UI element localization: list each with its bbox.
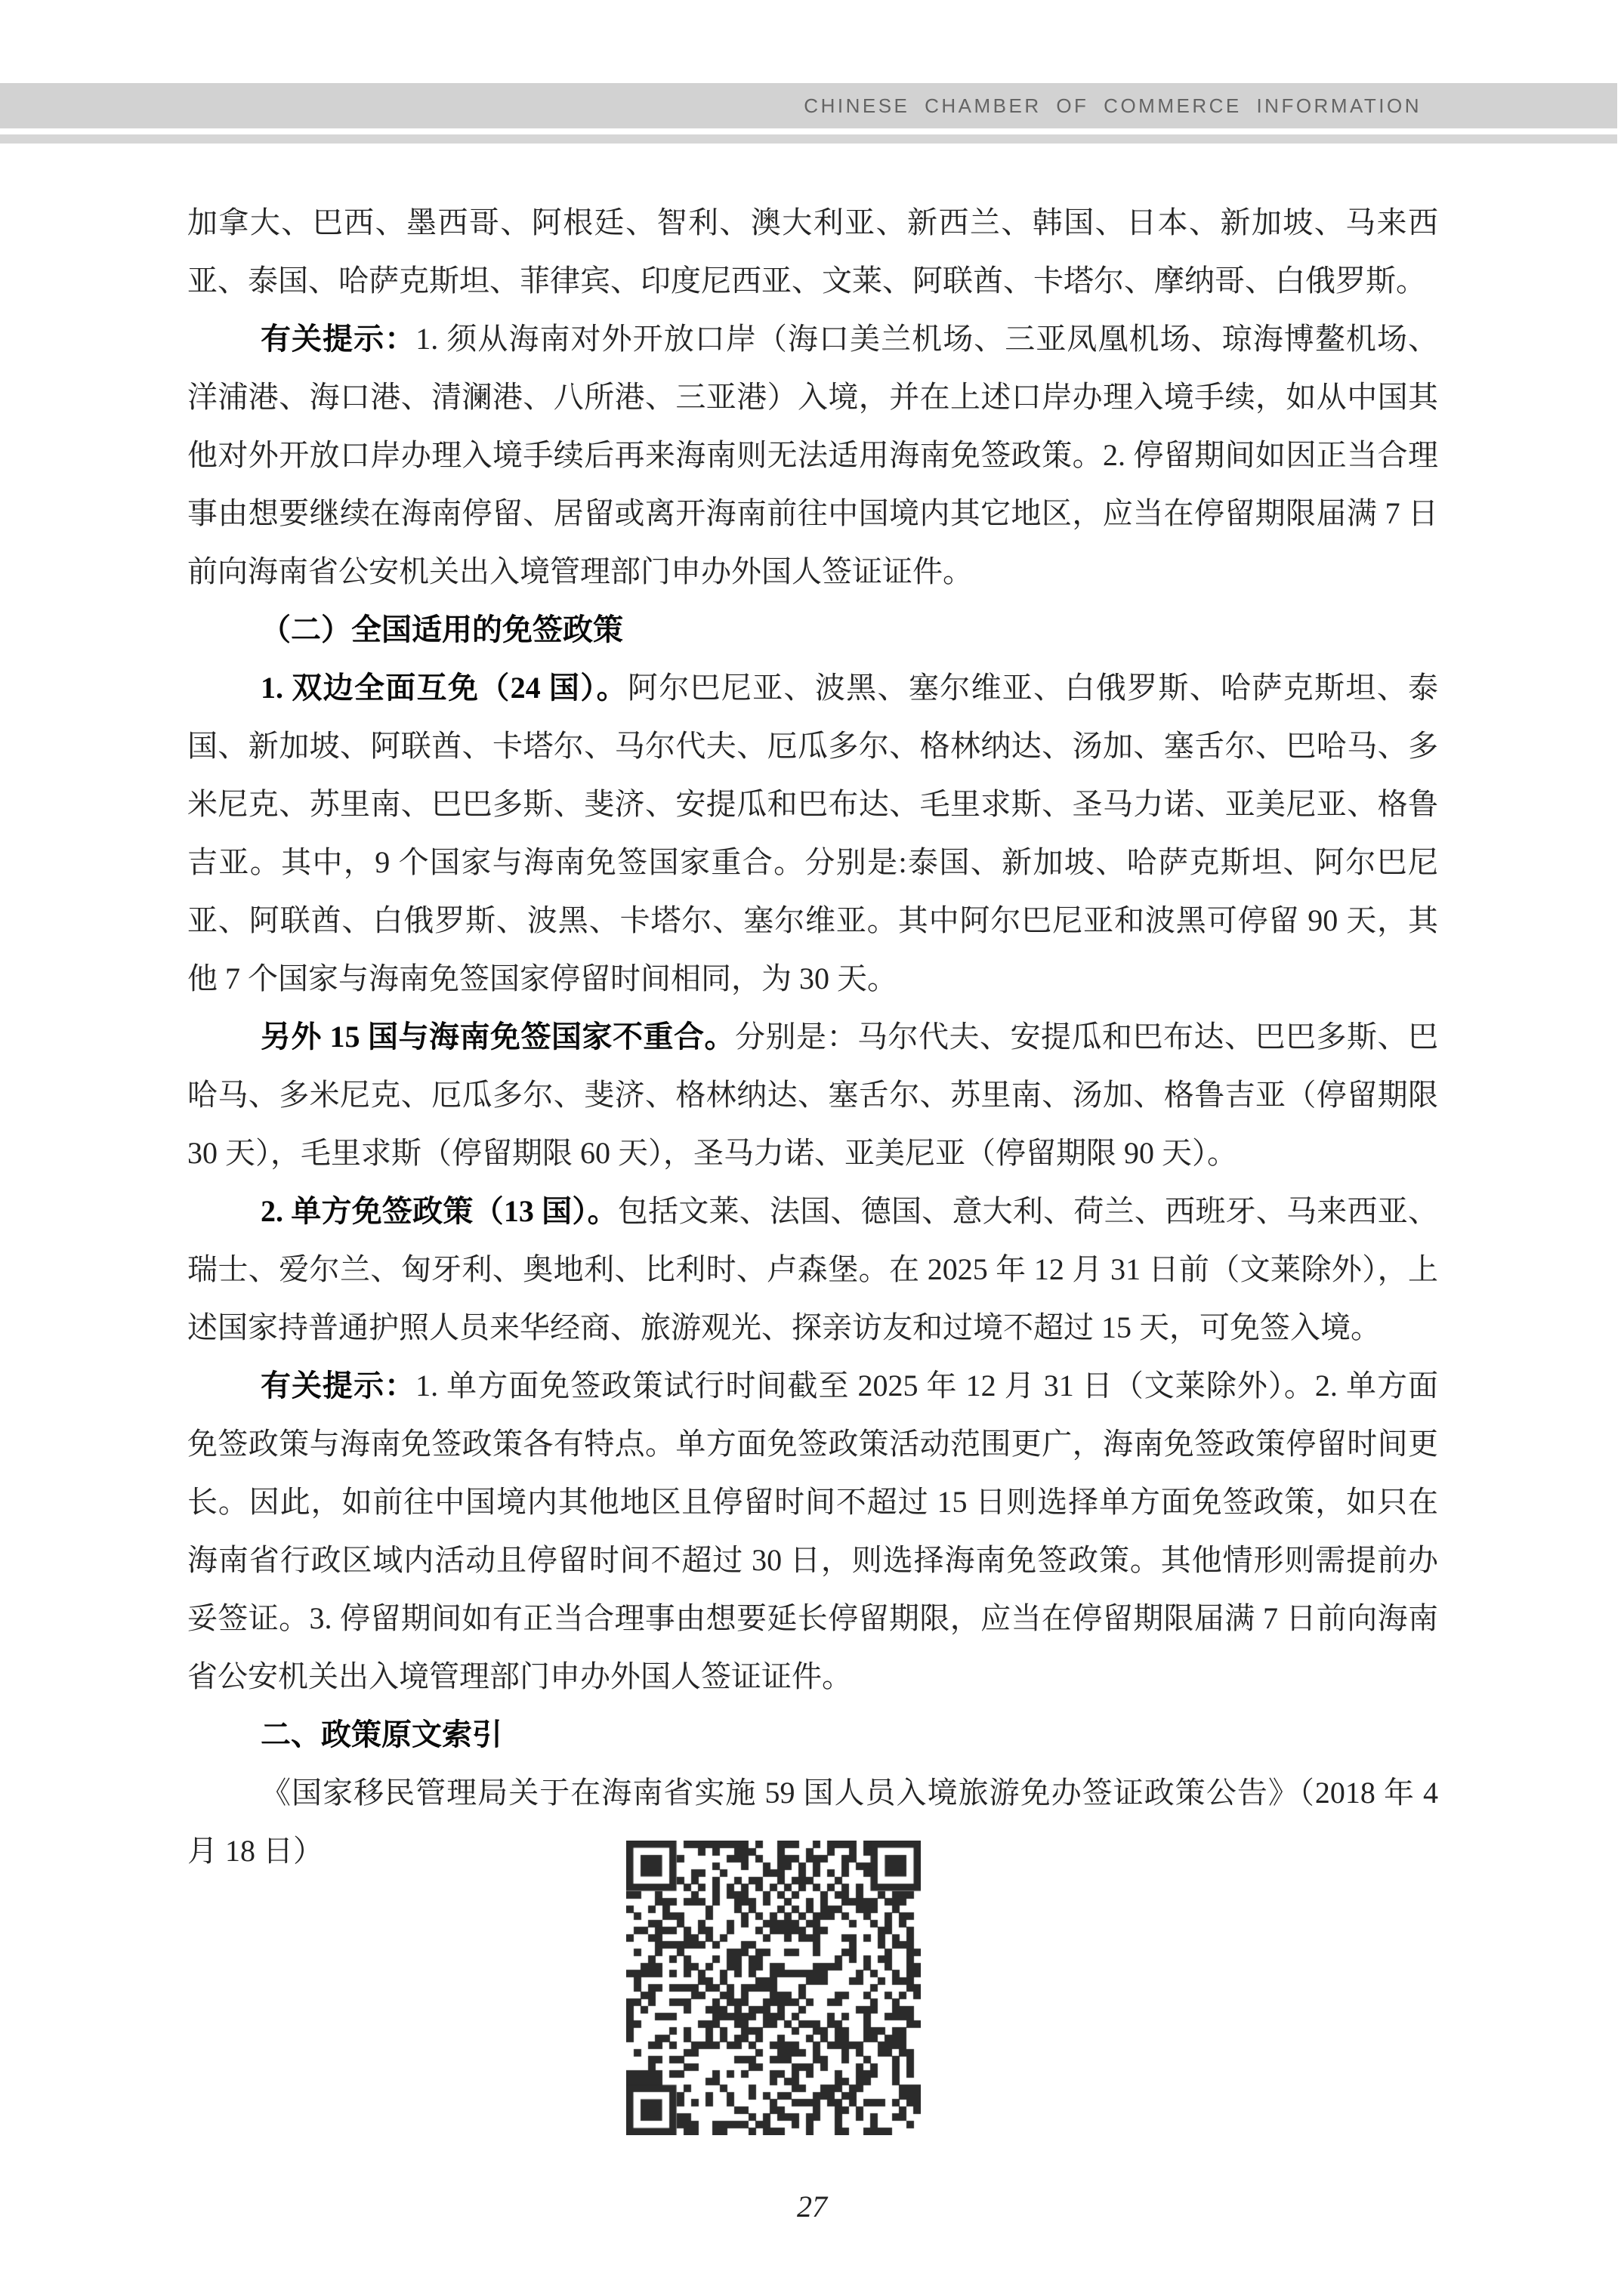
paragraph: 1. 双边全面互免（24 国）。阿尔巴尼亚、波黑、塞尔维亚、白俄罗斯、哈萨克斯坦… [187, 659, 1438, 1008]
bold-text-segment: 另外 15 国与海南免签国家不重合。 [261, 1020, 735, 1054]
body-text: 加拿大、巴西、墨西哥、阿根廷、智利、澳大利亚、新西兰、韩国、日本、新加坡、马来西… [187, 193, 1438, 1880]
paragraph: 另外 15 国与海南免签国家不重合。分别是：马尔代夫、安提瓜和巴布达、巴巴多斯、… [187, 1008, 1438, 1182]
bold-text-segment: （二）全国适用的免签政策 [261, 613, 623, 647]
paragraph: 二、政策原文索引 [187, 1705, 1438, 1764]
qr-code-image [626, 1841, 921, 2135]
bold-text-segment: 1. 双边全面互免（24 国）。 [261, 671, 628, 705]
text-segment: 1. 须从海南对外开放口岸（海口美兰机场、三亚凤凰机场、琼海博鳌机场、洋浦港、海… [187, 322, 1438, 588]
bold-text-segment: 2. 单方免签政策（13 国）。 [261, 1194, 618, 1228]
paragraph: 有关提示：1. 须从海南对外开放口岸（海口美兰机场、三亚凤凰机场、琼海博鳌机场、… [187, 310, 1438, 600]
paragraph: 有关提示：1. 单方面免签政策试行时间截至 2025 年 12 月 31 日（文… [187, 1356, 1438, 1705]
header-bar-thin [0, 134, 1617, 144]
text-segment: 阿尔巴尼亚、波黑、塞尔维亚、白俄罗斯、哈萨克斯坦、泰国、新加坡、阿联酋、卡塔尔、… [187, 671, 1438, 995]
paragraph: 2. 单方免签政策（13 国）。包括文莱、法国、德国、意大利、荷兰、西班牙、马来… [187, 1182, 1438, 1356]
text-segment: 1. 单方面免签政策试行时间截至 2025 年 12 月 31 日（文莱除外）。… [187, 1369, 1438, 1693]
paragraph: （二）全国适用的免签政策 [187, 600, 1438, 659]
bold-text-segment: 二、政策原文索引 [261, 1717, 502, 1751]
page-header-title: CHINESE CHAMBER OF COMMERCE INFORMATION [804, 83, 1422, 128]
document-page: { "header": { "title": "CHINESE CHAMBER … [0, 0, 1624, 2293]
page-number: 27 [0, 2189, 1624, 2224]
text-segment: 加拿大、巴西、墨西哥、阿根廷、智利、澳大利亚、新西兰、韩国、日本、新加坡、马来西… [187, 205, 1438, 298]
bold-text-segment: 有关提示： [261, 322, 415, 356]
paragraph: 加拿大、巴西、墨西哥、阿根廷、智利、澳大利亚、新西兰、韩国、日本、新加坡、马来西… [187, 193, 1438, 310]
bold-text-segment: 有关提示： [261, 1369, 415, 1403]
